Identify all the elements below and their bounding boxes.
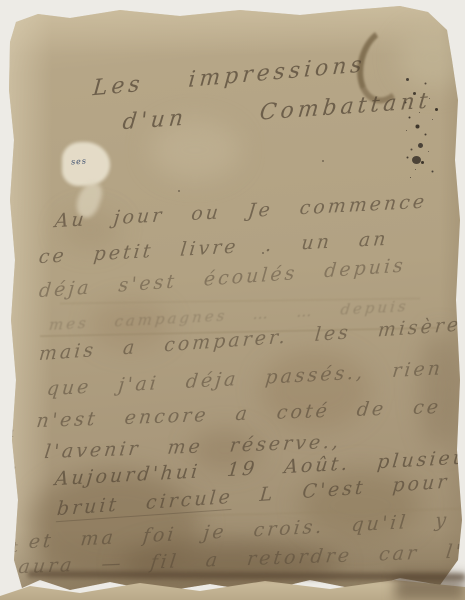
- manuscript-paper: ses Les impressions d'un Combattant Au j…: [0, 0, 465, 600]
- scanned-manuscript-photo: ses Les impressions d'un Combattant Au j…: [0, 0, 465, 600]
- handwritten-line: n'est encore a coté de ce que: [35, 393, 465, 432]
- margin-note: ses: [71, 156, 88, 166]
- margin-letter: et: [4, 540, 18, 556]
- title-line-1: Les impressions: [92, 52, 367, 101]
- title-line-2: d'un Combattant: [121, 88, 432, 135]
- margin-letter: a: [6, 500, 14, 516]
- handwritten-line: que j'ai déja passés., rien: [46, 357, 444, 400]
- ink-speck: [322, 160, 324, 162]
- ink-speckles: [406, 78, 409, 81]
- stain: [420, 330, 460, 450]
- ink-speck: [178, 190, 180, 192]
- ink-blot: [412, 156, 421, 164]
- margin-letter: u: [5, 570, 14, 586]
- bottom-right-shadow: [395, 574, 465, 600]
- margin-letter: a: [8, 462, 16, 478]
- margin-letter: a: [6, 425, 14, 441]
- handwritten-line: Au jour ou Je commence: [54, 190, 429, 232]
